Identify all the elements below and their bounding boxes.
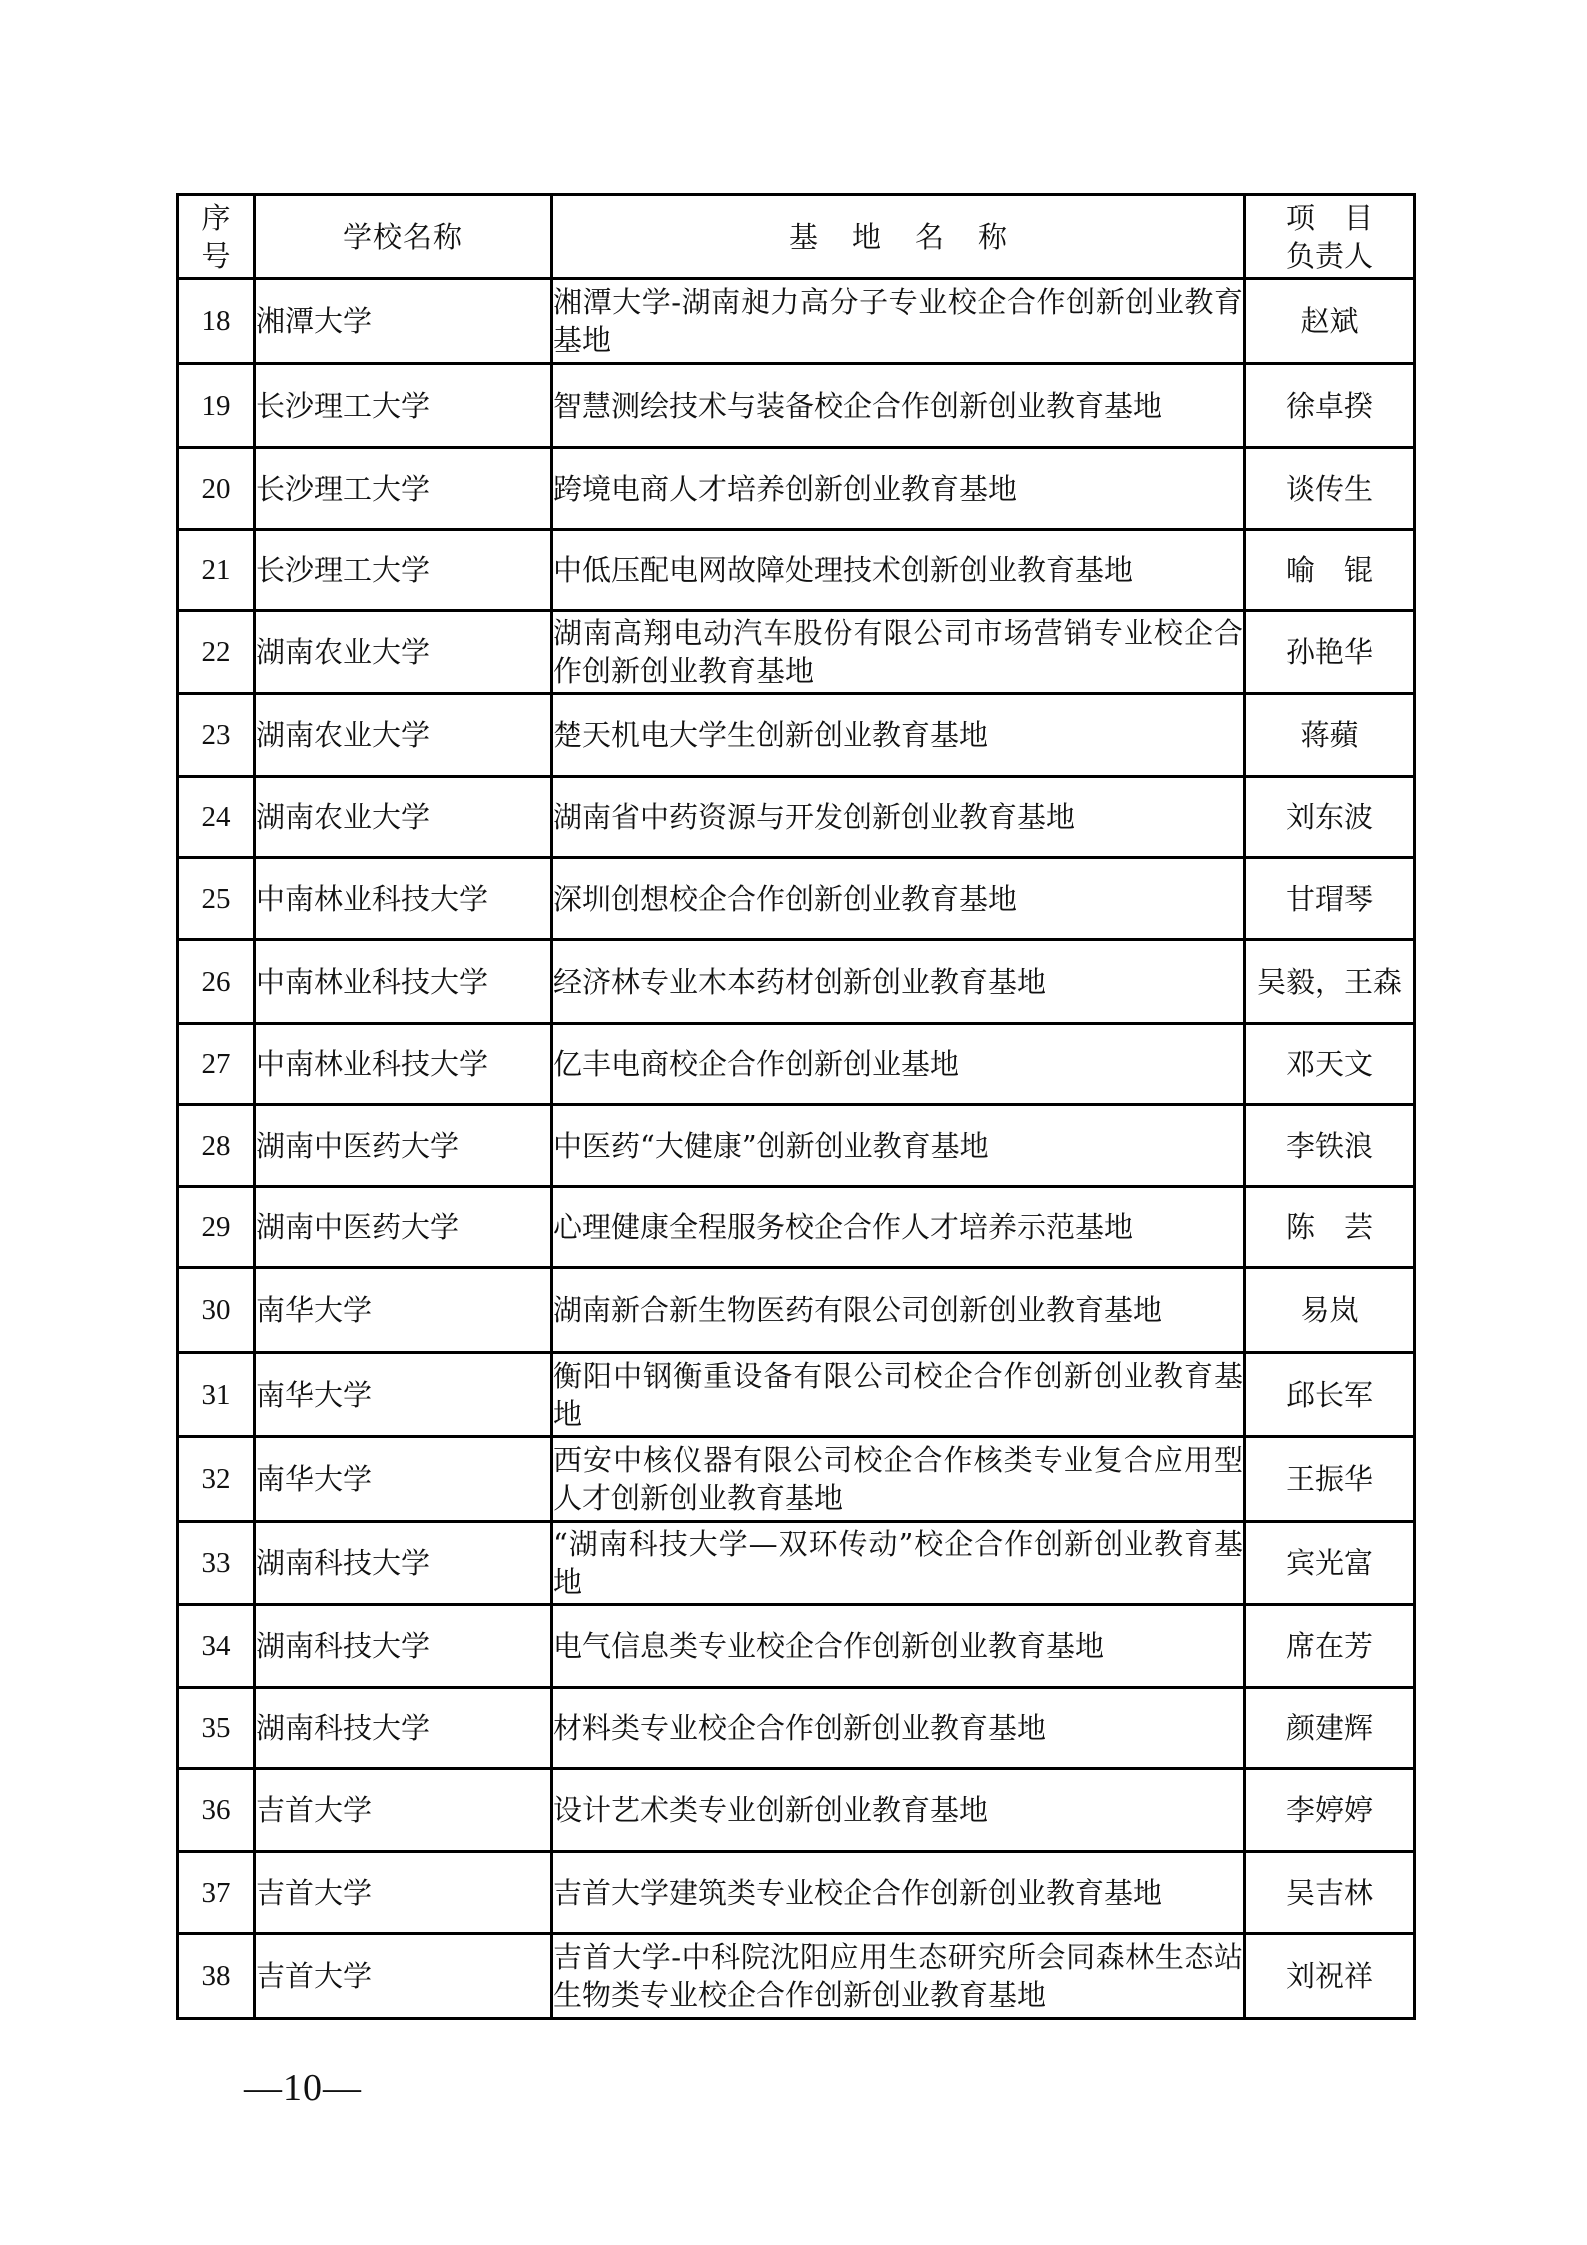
header-school-name: 学校名称 [255, 195, 552, 279]
school-name: 吉首大学 [256, 1959, 372, 1993]
serial-number-cell: 32 [178, 1437, 255, 1522]
serial-number: 25 [202, 883, 231, 915]
table-row: 31 南华大学 衡阳中钢衡重设备有限公司校企合作创新创业教育基地 邱长军 [178, 1353, 1415, 1437]
school-name-cell: 南华大学 [255, 1353, 552, 1437]
school-name: 长沙理工大学 [256, 472, 430, 506]
base-name-cell: 西安中核仪器有限公司校企合作核类专业复合应用型人才创新创业教育基地 [552, 1437, 1245, 1522]
serial-number: 20 [202, 473, 231, 505]
serial-number: 29 [202, 1211, 231, 1243]
serial-number-cell: 36 [178, 1769, 255, 1852]
serial-number: 35 [202, 1712, 231, 1744]
serial-number-cell: 38 [178, 1934, 255, 2019]
project-lead: 谈传生 [1286, 472, 1373, 506]
school-name-cell: 湖南科技大学 [255, 1688, 552, 1769]
school-name: 湖南农业大学 [256, 635, 430, 669]
school-name-cell: 中南林业科技大学 [255, 858, 552, 940]
serial-number: 31 [202, 1379, 231, 1411]
school-name-cell: 湖南科技大学 [255, 1605, 552, 1688]
school-name: 南华大学 [256, 1293, 372, 1327]
project-lead: 刘东波 [1286, 800, 1373, 834]
serial-number-cell: 19 [178, 364, 255, 448]
base-name-cell: 经济林专业木本药材创新创业教育基地 [552, 940, 1245, 1024]
table-row: 21 长沙理工大学 中低压配电网故障处理技术创新创业教育基地 喻 锟 [178, 530, 1415, 611]
project-lead-cell: 刘祝祥 [1245, 1934, 1415, 2019]
serial-number: 32 [202, 1463, 231, 1495]
school-name: 湖南中医药大学 [256, 1210, 459, 1244]
base-name-cell: 智慧测绘技术与装备校企合作创新创业教育基地 [552, 364, 1245, 448]
serial-number: 34 [202, 1630, 231, 1662]
serial-number-cell: 30 [178, 1268, 255, 1353]
table-row: 38 吉首大学 吉首大学-中科院沈阳应用生态研究所会同森林生态站生物类专业校企合… [178, 1934, 1415, 2019]
school-name-cell: 吉首大学 [255, 1934, 552, 2019]
header-serial-number-text: 序号 [201, 199, 231, 275]
base-name: 心理健康全程服务校企合作人才培养示范基地 [553, 1210, 1133, 1244]
project-lead-cell: 席在芳 [1245, 1605, 1415, 1688]
project-lead-cell: 王振华 [1245, 1437, 1415, 1522]
school-name: 湖南科技大学 [256, 1629, 430, 1663]
innovation-base-table: 序号 学校名称 基地名称 项 目 负责人 18 湘潭大学 湘潭大学-湖南昶力高分… [176, 193, 1416, 2020]
base-name-cell: 楚天机电大学生创新创业教育基地 [552, 694, 1245, 777]
serial-number-cell: 29 [178, 1187, 255, 1268]
table-row: 23 湖南农业大学 楚天机电大学生创新创业教育基地 蒋蘋 [178, 694, 1415, 777]
table-row: 18 湘潭大学 湘潭大学-湖南昶力高分子专业校企合作创新创业教育基地 赵斌 [178, 279, 1415, 364]
serial-number-cell: 23 [178, 694, 255, 777]
project-lead: 邱长军 [1286, 1378, 1373, 1412]
base-name-cell: 电气信息类专业校企合作创新创业教育基地 [552, 1605, 1245, 1688]
project-lead: 喻 锟 [1286, 553, 1373, 587]
serial-number-cell: 28 [178, 1105, 255, 1187]
project-lead: 李铁浪 [1286, 1129, 1373, 1163]
table-row: 34 湖南科技大学 电气信息类专业校企合作创新创业教育基地 席在芳 [178, 1605, 1415, 1688]
base-name-cell: 中低压配电网故障处理技术创新创业教育基地 [552, 530, 1245, 611]
project-lead: 徐卓揆 [1286, 389, 1373, 423]
base-name-cell: 湖南省中药资源与开发创新创业教育基地 [552, 777, 1245, 858]
project-lead: 易岚 [1300, 1293, 1358, 1327]
project-lead-cell: 甘瑁琴 [1245, 858, 1415, 940]
school-name-cell: 中南林业科技大学 [255, 1024, 552, 1105]
project-lead: 李婷婷 [1286, 1793, 1373, 1827]
base-name-cell: 跨境电商人才培养创新创业教育基地 [552, 448, 1245, 530]
serial-number-cell: 34 [178, 1605, 255, 1688]
serial-number-cell: 22 [178, 611, 255, 694]
school-name: 湘潭大学 [256, 304, 372, 338]
project-lead-cell: 吴吉林 [1245, 1852, 1415, 1934]
project-lead: 吴毅，王森 [1257, 965, 1402, 999]
page-number: —10— [244, 2068, 362, 2108]
base-name-cell: 中医药“大健康”创新创业教育基地 [552, 1105, 1245, 1187]
table-row: 28 湖南中医药大学 中医药“大健康”创新创业教育基地 李铁浪 [178, 1105, 1415, 1187]
school-name: 湖南科技大学 [256, 1546, 430, 1580]
base-name-cell: 亿丰电商校企合作创新创业基地 [552, 1024, 1245, 1105]
school-name-cell: 长沙理工大学 [255, 364, 552, 448]
base-name-cell: “湖南科技大学—双环传动”校企合作创新创业教育基地 [552, 1522, 1245, 1605]
school-name-cell: 长沙理工大学 [255, 530, 552, 611]
serial-number: 28 [202, 1130, 231, 1162]
base-name: 深圳创想校企合作创新创业教育基地 [553, 882, 1017, 916]
school-name: 湖南中医药大学 [256, 1129, 459, 1163]
base-name: “湖南科技大学—双环传动”校企合作创新创业教育基地 [553, 1527, 1243, 1599]
table-row: 37 吉首大学 吉首大学建筑类专业校企合作创新创业教育基地 吴吉林 [178, 1852, 1415, 1934]
table-row: 29 湖南中医药大学 心理健康全程服务校企合作人才培养示范基地 陈 芸 [178, 1187, 1415, 1268]
school-name: 吉首大学 [256, 1876, 372, 1910]
project-lead-cell: 吴毅，王森 [1245, 940, 1415, 1024]
table-row: 25 中南林业科技大学 深圳创想校企合作创新创业教育基地 甘瑁琴 [178, 858, 1415, 940]
base-name-cell: 湖南高翔电动汽车股份有限公司市场营销专业校企合作创新创业教育基地 [552, 611, 1245, 694]
serial-number: 33 [202, 1547, 231, 1579]
serial-number-cell: 33 [178, 1522, 255, 1605]
project-lead: 蒋蘋 [1300, 718, 1358, 752]
base-name: 中医药“大健康”创新创业教育基地 [553, 1129, 989, 1163]
serial-number-cell: 31 [178, 1353, 255, 1437]
school-name: 湖南科技大学 [256, 1711, 430, 1745]
project-lead-cell: 邓天文 [1245, 1024, 1415, 1105]
base-name: 设计艺术类专业创新创业教育基地 [553, 1793, 988, 1827]
school-name: 中南林业科技大学 [256, 965, 488, 999]
header-school-name-text: 学校名称 [343, 220, 463, 254]
project-lead: 颜建辉 [1286, 1711, 1373, 1745]
project-lead-cell: 赵斌 [1245, 279, 1415, 364]
base-name: 湖南省中药资源与开发创新创业教育基地 [553, 800, 1075, 834]
serial-number-cell: 35 [178, 1688, 255, 1769]
table-row: 20 长沙理工大学 跨境电商人才培养创新创业教育基地 谈传生 [178, 448, 1415, 530]
project-lead-cell: 谈传生 [1245, 448, 1415, 530]
base-name: 衡阳中钢衡重设备有限公司校企合作创新创业教育基地 [553, 1359, 1243, 1431]
serial-number: 38 [202, 1960, 231, 1992]
school-name: 湖南农业大学 [256, 718, 430, 752]
base-name: 湖南高翔电动汽车股份有限公司市场营销专业校企合作创新创业教育基地 [553, 616, 1243, 688]
serial-number: 22 [202, 636, 231, 668]
table-row: 35 湖南科技大学 材料类专业校企合作创新创业教育基地 颜建辉 [178, 1688, 1415, 1769]
table-row: 36 吉首大学 设计艺术类专业创新创业教育基地 李婷婷 [178, 1769, 1415, 1852]
base-name: 智慧测绘技术与装备校企合作创新创业教育基地 [553, 389, 1162, 423]
school-name-cell: 长沙理工大学 [255, 448, 552, 530]
table-row: 33 湖南科技大学 “湖南科技大学—双环传动”校企合作创新创业教育基地 宾光富 [178, 1522, 1415, 1605]
base-name-cell: 深圳创想校企合作创新创业教育基地 [552, 858, 1245, 940]
base-name: 吉首大学-中科院沈阳应用生态研究所会同森林生态站生物类专业校企合作创新创业教育基… [553, 1940, 1243, 2012]
base-name-cell: 吉首大学建筑类专业校企合作创新创业教育基地 [552, 1852, 1245, 1934]
base-name: 电气信息类专业校企合作创新创业教育基地 [553, 1629, 1104, 1663]
project-lead: 陈 芸 [1286, 1210, 1373, 1244]
base-name: 中低压配电网故障处理技术创新创业教育基地 [553, 553, 1133, 587]
school-name-cell: 南华大学 [255, 1268, 552, 1353]
school-name: 吉首大学 [256, 1793, 372, 1827]
school-name-cell: 湖南中医药大学 [255, 1105, 552, 1187]
serial-number-cell: 27 [178, 1024, 255, 1105]
serial-number: 36 [202, 1794, 231, 1826]
project-lead-cell: 宾光富 [1245, 1522, 1415, 1605]
serial-number: 24 [202, 801, 231, 833]
serial-number: 30 [202, 1294, 231, 1326]
school-name: 湖南农业大学 [256, 800, 430, 834]
school-name-cell: 中南林业科技大学 [255, 940, 552, 1024]
school-name-cell: 湖南农业大学 [255, 611, 552, 694]
base-name: 材料类专业校企合作创新创业教育基地 [553, 1711, 1046, 1745]
base-name: 湘潭大学-湖南昶力高分子专业校企合作创新创业教育基地 [553, 285, 1243, 357]
base-name-cell: 衡阳中钢衡重设备有限公司校企合作创新创业教育基地 [552, 1353, 1245, 1437]
table-row: 26 中南林业科技大学 经济林专业木本药材创新创业教育基地 吴毅，王森 [178, 940, 1415, 1024]
serial-number-cell: 21 [178, 530, 255, 611]
table-row: 19 长沙理工大学 智慧测绘技术与装备校企合作创新创业教育基地 徐卓揆 [178, 364, 1415, 448]
school-name-cell: 湖南农业大学 [255, 694, 552, 777]
table-row: 27 中南林业科技大学 亿丰电商校企合作创新创业基地 邓天文 [178, 1024, 1415, 1105]
base-name: 跨境电商人才培养创新创业教育基地 [553, 472, 1017, 506]
project-lead-cell: 孙艳华 [1245, 611, 1415, 694]
header-base-name: 基地名称 [552, 195, 1245, 279]
project-lead-cell: 刘东波 [1245, 777, 1415, 858]
project-lead: 王振华 [1286, 1462, 1373, 1496]
school-name-cell: 南华大学 [255, 1437, 552, 1522]
school-name: 长沙理工大学 [256, 553, 430, 587]
table-header-row: 序号 学校名称 基地名称 项 目 负责人 [178, 195, 1415, 279]
base-name: 经济林专业木本药材创新创业教育基地 [553, 965, 1046, 999]
header-project-lead: 项 目 负责人 [1245, 195, 1415, 279]
project-lead-cell: 颜建辉 [1245, 1688, 1415, 1769]
base-name-cell: 材料类专业校企合作创新创业教育基地 [552, 1688, 1245, 1769]
school-name-cell: 吉首大学 [255, 1852, 552, 1934]
base-name: 吉首大学建筑类专业校企合作创新创业教育基地 [553, 1876, 1162, 1910]
base-name: 湖南新合新生物医药有限公司创新创业教育基地 [553, 1293, 1162, 1327]
serial-number-cell: 25 [178, 858, 255, 940]
school-name: 南华大学 [256, 1462, 372, 1496]
serial-number: 19 [202, 390, 231, 422]
base-name: 楚天机电大学生创新创业教育基地 [553, 718, 988, 752]
project-lead-cell: 邱长军 [1245, 1353, 1415, 1437]
project-lead-cell: 李婷婷 [1245, 1769, 1415, 1852]
serial-number: 21 [202, 554, 231, 586]
project-lead: 甘瑁琴 [1286, 882, 1373, 916]
header-project-lead-line1: 项 目 [1246, 199, 1413, 237]
base-name-cell: 心理健康全程服务校企合作人才培养示范基地 [552, 1187, 1245, 1268]
serial-number: 23 [202, 719, 231, 751]
serial-number: 27 [202, 1048, 231, 1080]
serial-number-cell: 20 [178, 448, 255, 530]
serial-number-cell: 18 [178, 279, 255, 364]
base-name-cell: 设计艺术类专业创新创业教育基地 [552, 1769, 1245, 1852]
serial-number-cell: 24 [178, 777, 255, 858]
table-row: 32 南华大学 西安中核仪器有限公司校企合作核类专业复合应用型人才创新创业教育基… [178, 1437, 1415, 1522]
header-serial-number: 序号 [178, 195, 255, 279]
project-lead-cell: 徐卓揆 [1245, 364, 1415, 448]
header-base-name-text: 基地名称 [789, 220, 1041, 254]
project-lead: 赵斌 [1300, 304, 1358, 338]
school-name-cell: 湖南中医药大学 [255, 1187, 552, 1268]
base-name-cell: 吉首大学-中科院沈阳应用生态研究所会同森林生态站生物类专业校企合作创新创业教育基… [552, 1934, 1245, 2019]
school-name-cell: 湖南农业大学 [255, 777, 552, 858]
base-name-cell: 湘潭大学-湖南昶力高分子专业校企合作创新创业教育基地 [552, 279, 1245, 364]
school-name: 中南林业科技大学 [256, 882, 488, 916]
serial-number: 18 [202, 305, 231, 337]
base-name: 亿丰电商校企合作创新创业基地 [553, 1047, 959, 1081]
school-name-cell: 吉首大学 [255, 1769, 552, 1852]
project-lead-cell: 蒋蘋 [1245, 694, 1415, 777]
project-lead-cell: 喻 锟 [1245, 530, 1415, 611]
project-lead: 宾光富 [1286, 1546, 1373, 1580]
project-lead: 邓天文 [1286, 1047, 1373, 1081]
school-name-cell: 湘潭大学 [255, 279, 552, 364]
table-row: 30 南华大学 湖南新合新生物医药有限公司创新创业教育基地 易岚 [178, 1268, 1415, 1353]
table-row: 22 湖南农业大学 湖南高翔电动汽车股份有限公司市场营销专业校企合作创新创业教育… [178, 611, 1415, 694]
document-page: 序号 学校名称 基地名称 项 目 负责人 18 湘潭大学 湘潭大学-湖南昶力高分… [0, 0, 1587, 2245]
serial-number: 37 [202, 1877, 231, 1909]
table-body: 18 湘潭大学 湘潭大学-湖南昶力高分子专业校企合作创新创业教育基地 赵斌 19… [178, 279, 1415, 2019]
header-project-lead-line2: 负责人 [1246, 237, 1413, 275]
project-lead: 席在芳 [1286, 1629, 1373, 1663]
school-name: 南华大学 [256, 1378, 372, 1412]
school-name: 中南林业科技大学 [256, 1047, 488, 1081]
school-name-cell: 湖南科技大学 [255, 1522, 552, 1605]
project-lead: 孙艳华 [1286, 635, 1373, 669]
serial-number-cell: 37 [178, 1852, 255, 1934]
project-lead-cell: 陈 芸 [1245, 1187, 1415, 1268]
base-name: 西安中核仪器有限公司校企合作核类专业复合应用型人才创新创业教育基地 [553, 1443, 1243, 1515]
base-name-cell: 湖南新合新生物医药有限公司创新创业教育基地 [552, 1268, 1245, 1353]
school-name: 长沙理工大学 [256, 389, 430, 423]
project-lead-cell: 易岚 [1245, 1268, 1415, 1353]
project-lead: 吴吉林 [1286, 1876, 1373, 1910]
serial-number-cell: 26 [178, 940, 255, 1024]
project-lead: 刘祝祥 [1286, 1959, 1373, 1993]
serial-number: 26 [202, 966, 231, 998]
table-row: 24 湖南农业大学 湖南省中药资源与开发创新创业教育基地 刘东波 [178, 777, 1415, 858]
project-lead-cell: 李铁浪 [1245, 1105, 1415, 1187]
